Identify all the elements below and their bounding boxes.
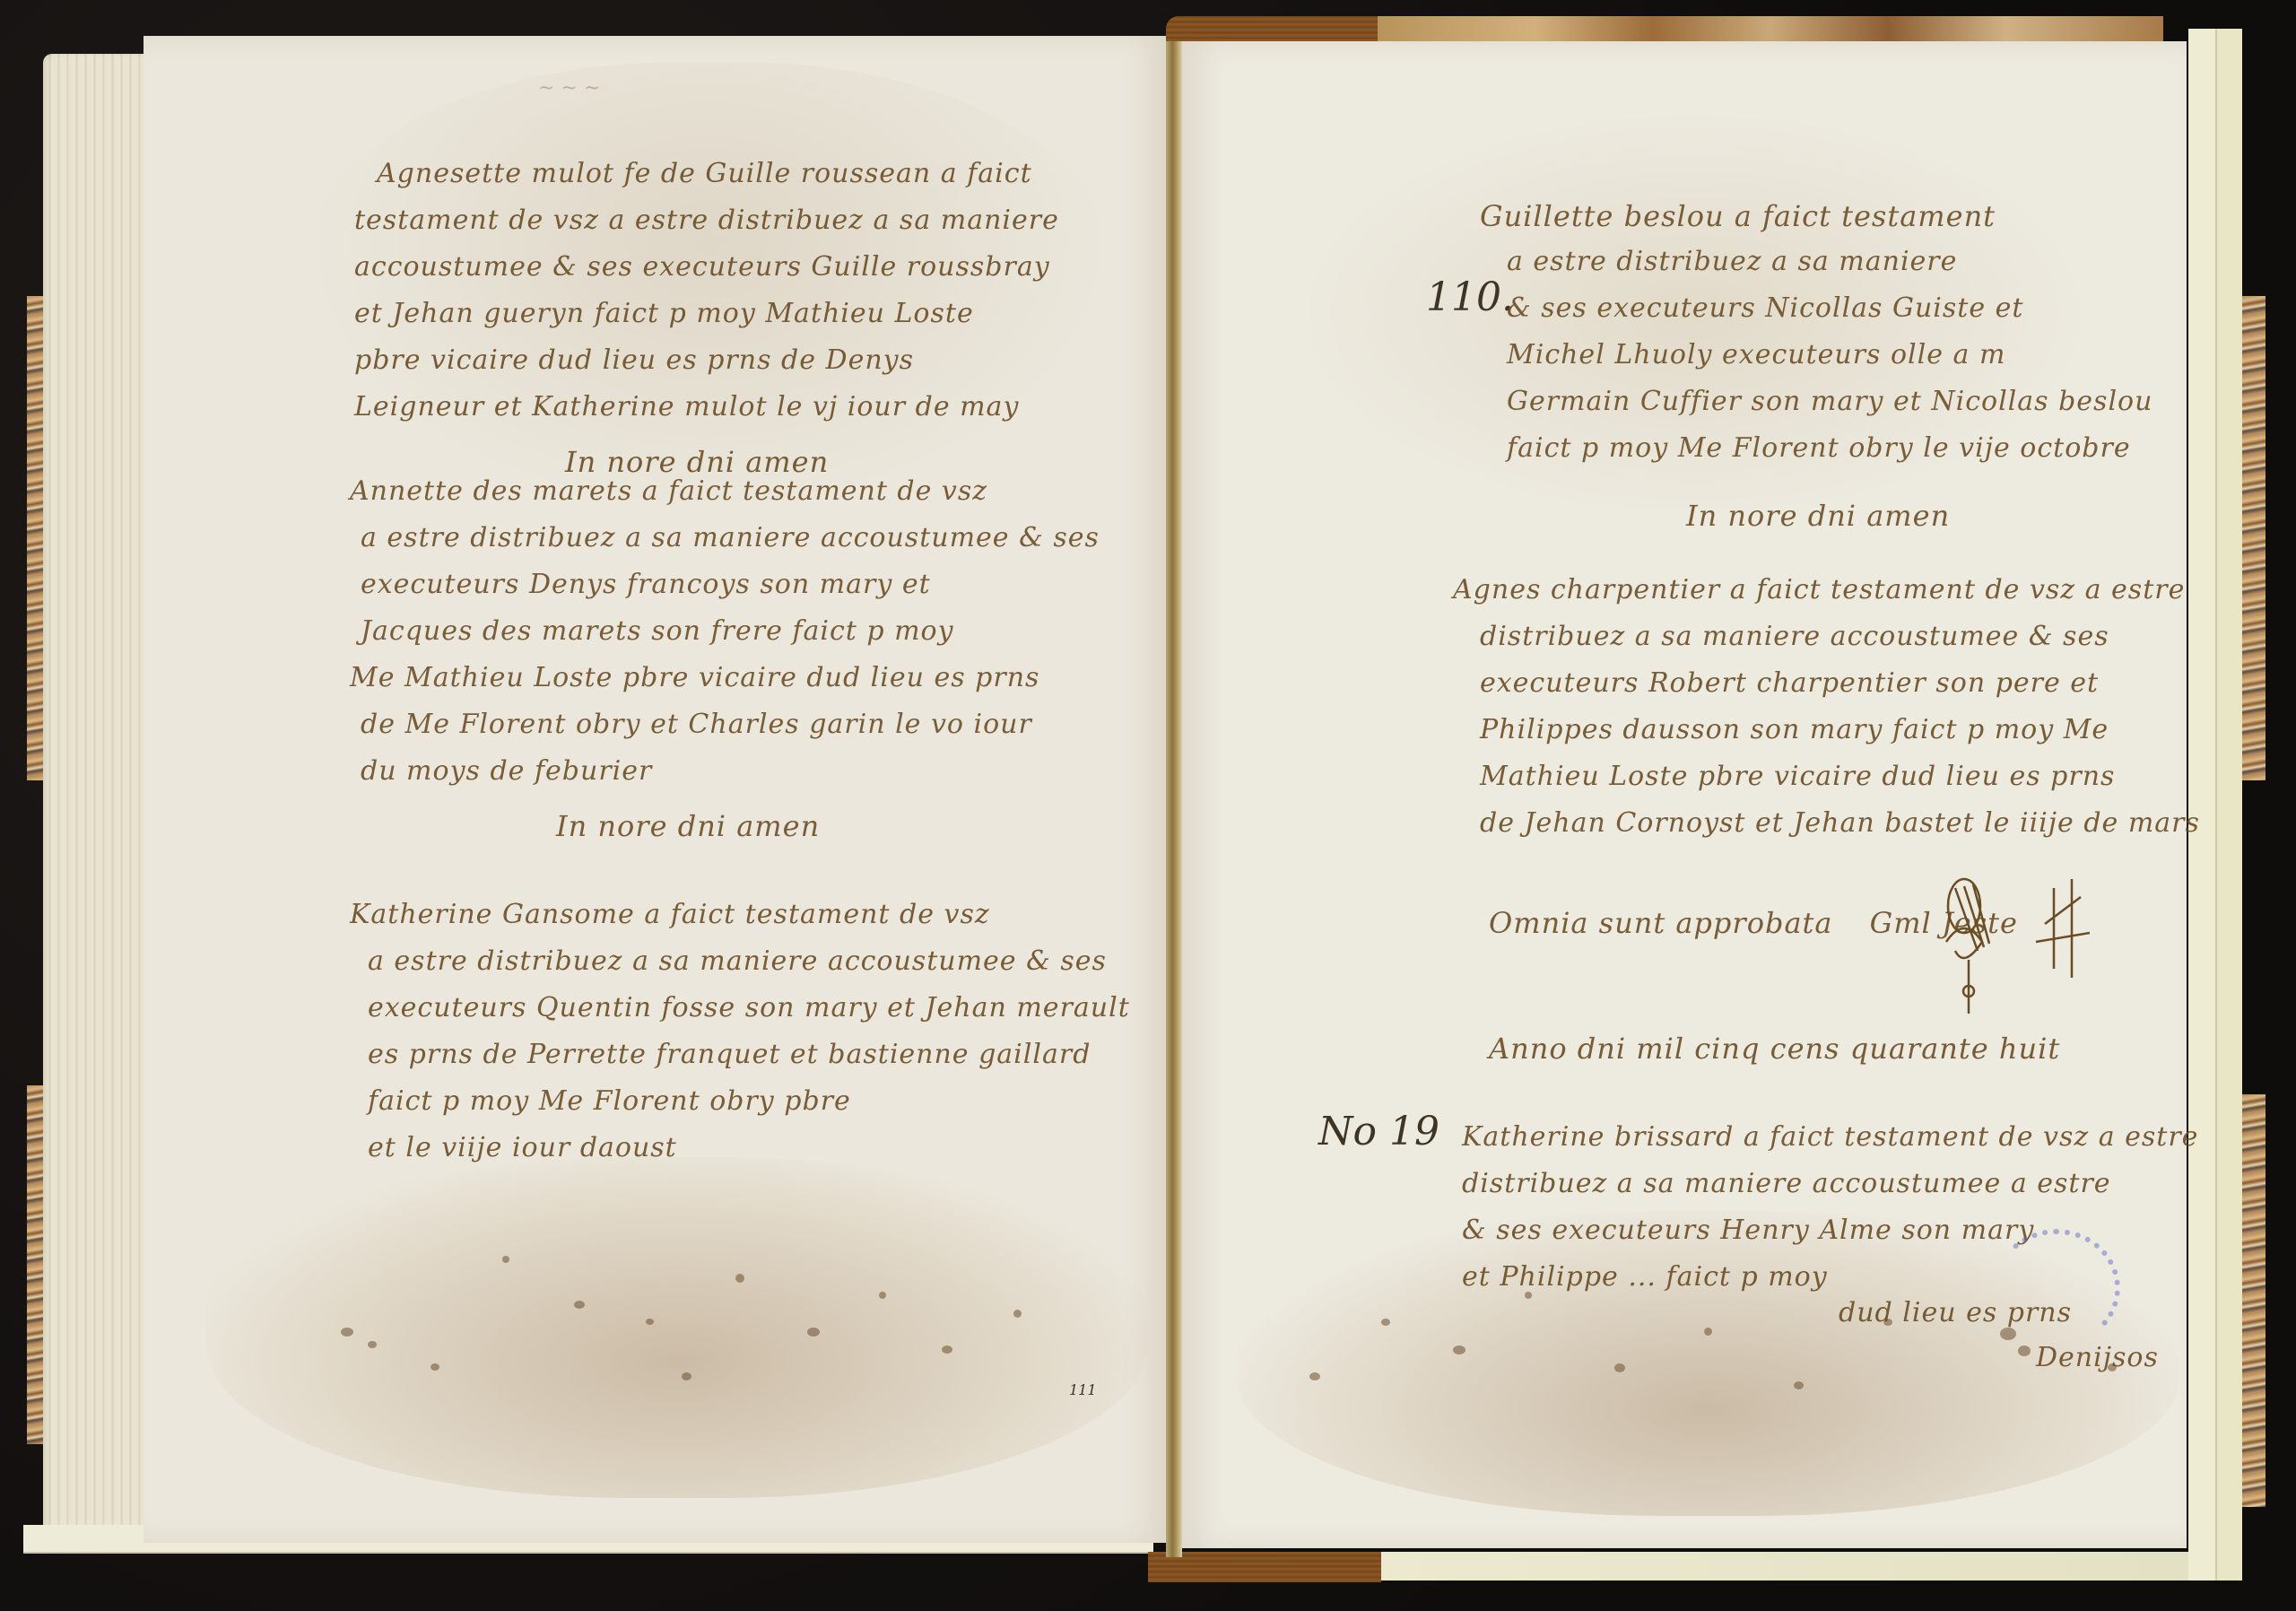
marbled-endpaper-left-lower bbox=[27, 1085, 45, 1444]
text-line: Philippes dausson son mary faict p moy M… bbox=[1480, 714, 2109, 745]
text-line: accoustumee & ses executeurs Guille rous… bbox=[354, 251, 1050, 283]
text-line: a estre distribuez a sa maniere accoustu… bbox=[361, 522, 1100, 553]
text-line: testament de vsz a estre distribuez a sa… bbox=[354, 205, 1059, 236]
gutter bbox=[1166, 41, 1182, 1557]
invocation: In nore dni amen bbox=[556, 809, 820, 843]
text-line: Katherine brissard a faict testament de … bbox=[1462, 1121, 2198, 1153]
text-line: Me Mathieu Loste pbre vicaire dud lieu e… bbox=[350, 662, 1039, 693]
open-book: ~ ~ ~ Agnesette mulot fe de Guille rouss… bbox=[0, 0, 2296, 1611]
text-line: Agnes charpentier a faict testament de v… bbox=[1453, 574, 2185, 605]
year-text: Anno dni mil cinq cens quarante huit bbox=[1489, 1032, 2060, 1066]
marbled-endpaper-right-upper bbox=[2242, 296, 2266, 780]
spine-top bbox=[1166, 16, 1381, 43]
year-line: Anno dni mil cinq cens quarante huit bbox=[1489, 1032, 2060, 1066]
text-line: Guillette beslou a faict testament bbox=[1480, 199, 1996, 233]
text-line: Leigneur et Katherine mulot le vj iour d… bbox=[354, 391, 1019, 422]
text-line: pbre vicaire dud lieu es prns de Denys bbox=[354, 344, 914, 376]
text-line: de Jehan Cornoyst et Jehan bastet le iii… bbox=[1480, 807, 2200, 839]
folio-number: 111 bbox=[1069, 1381, 1097, 1398]
text-line: executeurs Quentin fosse son mary et Jeh… bbox=[368, 992, 1130, 1023]
text-line: Katherine Gansome a faict testament de v… bbox=[350, 899, 990, 930]
text-line: es prns de Perrette franquet et bastienn… bbox=[368, 1039, 1091, 1070]
text-line: et Philippe ... faict p moy bbox=[1462, 1261, 1828, 1293]
text-line: Germain Cuffier son mary et Nicollas bes… bbox=[1507, 386, 2152, 417]
faint-header: ~ ~ ~ bbox=[538, 77, 600, 100]
marbled-endpaper-right-lower bbox=[2242, 1094, 2266, 1507]
library-stamp-icon bbox=[1993, 1229, 2120, 1347]
text-line: distribuez a sa maniere accoustumee & se… bbox=[1480, 621, 2109, 652]
text-line: executeurs Denys francoys son mary et bbox=[361, 569, 931, 600]
text-line: a estre distribuez a sa maniere bbox=[1507, 246, 1957, 277]
text-line: & ses executeurs Nicollas Guiste et bbox=[1507, 292, 2023, 324]
page-block-edges bbox=[43, 54, 143, 1552]
text-line: faict p moy Me Florent obry pbre bbox=[368, 1085, 851, 1117]
text-line: Agnesette mulot fe de Guille roussean a … bbox=[377, 158, 1032, 189]
margin-number-19: No 19 bbox=[1318, 1109, 1439, 1154]
text-line: a estre distribuez a sa maniere accoustu… bbox=[368, 945, 1107, 977]
text-line: distribuez a sa maniere accoustumee a es… bbox=[1462, 1168, 2111, 1199]
marbled-endpaper-left-upper bbox=[27, 296, 45, 780]
cover-board-right bbox=[2188, 29, 2215, 1581]
text-line: & ses executeurs Henry Alme son mary bbox=[1462, 1215, 2034, 1246]
marbled-cover-top bbox=[1378, 16, 2163, 43]
text-line: Jacques des marets son frere faict p moy bbox=[361, 615, 954, 647]
text-line: executeurs Robert charpentier son pere e… bbox=[1480, 667, 2099, 699]
text-line: et Jehan gueryn faict p moy Mathieu Lost… bbox=[354, 298, 974, 329]
invocation: In nore dni amen bbox=[565, 445, 829, 479]
approval-text: Omnia sunt approbata bbox=[1489, 906, 1832, 940]
margin-number-110: 110. bbox=[1426, 274, 1514, 320]
spine-bottom bbox=[1148, 1552, 1381, 1582]
cover-board-bottom-right bbox=[1381, 1552, 2188, 1581]
text-line: Annette des marets a faict testament de … bbox=[350, 475, 987, 507]
cover-board-right-edge bbox=[2215, 29, 2242, 1581]
text-line: et le viije iour daoust bbox=[368, 1132, 677, 1163]
text-line: Mathieu Loste pbre vicaire dud lieu es p… bbox=[1480, 761, 2115, 792]
invocation: In nore dni amen bbox=[1686, 499, 1950, 533]
text-line: de Me Florent obry et Charles garin le v… bbox=[361, 709, 1032, 740]
text-line: Michel Lhuoly executeurs olle a m bbox=[1507, 339, 2005, 370]
text-line: du moys de feburier bbox=[361, 755, 652, 787]
paraph-signature-icon bbox=[1928, 870, 2108, 1023]
text-line: faict p moy Me Florent obry le vije octo… bbox=[1507, 432, 2131, 464]
